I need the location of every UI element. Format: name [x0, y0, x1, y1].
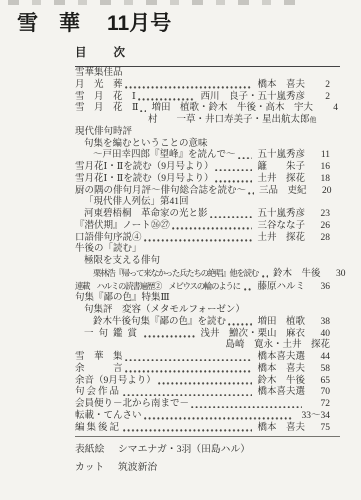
entry-title: 「現代俳人列伝」第41回	[84, 197, 189, 209]
entry-page-number: 72	[310, 399, 330, 411]
entry-author: 五十嵐秀彦	[257, 209, 305, 221]
toc-entry: 極限を支える俳句	[75, 256, 340, 268]
dot-leader	[158, 382, 253, 385]
dot-leader	[125, 359, 253, 362]
entry-author: 橋本喜夫選	[257, 387, 305, 399]
dot-leader	[244, 288, 253, 291]
entry-page-number: 75	[310, 423, 330, 435]
toc-entry: 厨の隅の俳句月評～俳句総合誌を読む～三品 吏紀20	[75, 186, 340, 198]
cover-art-value: シマエナガ・3羽（田島ハル）	[118, 444, 250, 456]
dot-leader	[123, 394, 252, 397]
entry-author: 五十嵐秀彦	[257, 150, 305, 162]
entry-author: 増田 植歌・鈴木 牛後・高木 宇大	[151, 103, 313, 115]
toc-section: 句集『鄙の色』特集Ⅲ	[75, 293, 340, 305]
dot-leader	[248, 192, 254, 195]
entry-title: 牛後の「読む」	[75, 244, 142, 256]
entry-page-number: 16	[310, 162, 330, 174]
toc-entry: 句会作品橋本喜夫選70	[75, 387, 340, 399]
toc-entry: 口語俳句序説④土井 探花28	[75, 233, 340, 245]
toc-entry: 雪月花Ⅰ・Ⅱを読む（9月号より）籬 朱子16	[75, 162, 340, 174]
entry-title: 雪華集佳品	[75, 68, 123, 80]
issue-label: 11月号	[107, 12, 171, 35]
toc-continuation: 村 一草・井口寿美子・星出航太郎他	[148, 115, 340, 127]
toc-entry: 鈴木牛後句集『鄙の色』を読む増田 植歌38	[75, 317, 340, 329]
entry-page-number: 4	[318, 103, 338, 115]
toc-entry: 雪 月 花 Ⅱ増田 植歌・鈴木 牛後・高木 宇大4	[75, 103, 340, 115]
dot-leader	[144, 239, 253, 242]
entry-title: 句集評 変容（メタモルフォーゼン）	[84, 305, 245, 317]
dot-leader	[210, 216, 253, 219]
entry-author: 橋本 喜夫	[257, 80, 305, 92]
entry-title: 島崎 寛永・土井 探花	[225, 340, 330, 352]
entry-title: 厨の隅の俳句月評～俳句総合誌を読む～	[75, 186, 246, 198]
entry-page-number: 38	[310, 317, 330, 329]
colophon: 表紙絵 シマエナガ・3羽（田島ハル） カット 筑波新治	[75, 436, 340, 480]
entry-title: 『潜伏期』ノート㉖㉗	[75, 221, 170, 233]
entry-title: 句集を編むということの意味	[84, 139, 208, 151]
toc-entry: 栗林浩『帰って来なかった兵たちの絶唱』他を読む鈴木 牛後30	[75, 268, 340, 281]
toc-entry: 余 言橋本 喜夫58	[75, 364, 340, 376]
entry-title: 極限を支える俳句	[84, 256, 160, 268]
toc-entries: 雪華集佳品月 光 葬橋本 喜夫2雪 月 花 Ⅰ西川 良子・五十嵐秀彦2雪 月 花…	[75, 68, 340, 434]
entry-page-number: 28	[310, 233, 330, 245]
entry-title: 現代俳句時評	[75, 127, 132, 139]
toc-entry: 雪 華 集橋本喜夫選44	[75, 352, 340, 364]
entry-author: 三谷なな子	[257, 221, 305, 233]
toc-entry: 『潜伏期』ノート㉖㉗三谷なな子26	[75, 221, 340, 233]
entry-title: 鈴木牛後句集『鄙の色』を読む	[93, 317, 226, 329]
entry-author: 鈴木 牛後	[273, 269, 321, 281]
entry-page-number: 30	[326, 269, 346, 281]
toc-entry: 雪月花Ⅰ・Ⅱを読む（9月号より）土井 探花18	[75, 174, 340, 186]
toc-entry: ～戸田幸四郎『望峰』を読んで～五十嵐秀彦11	[75, 150, 340, 162]
entry-title: 雪 華 集	[75, 352, 123, 364]
dot-leader	[140, 110, 146, 113]
toc-entry: 牛後の「読む」	[75, 244, 340, 256]
toc-entry: 一句鑑賞浅井 鱛次・栗山 麻衣40	[75, 329, 340, 341]
dot-leader	[262, 275, 268, 278]
toc-heading-right: 次	[114, 44, 126, 60]
entry-title: 雪 月 花 Ⅰ	[75, 92, 136, 104]
entry-page-number: 26	[310, 221, 330, 233]
entry-title: ～戸田幸四郎『望峰』を読んで～	[93, 150, 236, 162]
entry-page-number: 44	[310, 352, 330, 364]
entry-title: 句会作品	[75, 387, 121, 399]
entry-page-number: 11	[310, 150, 330, 162]
dot-leader	[215, 169, 252, 172]
dot-leader	[125, 86, 253, 89]
toc-entry: 転載・てんさい33～34	[75, 411, 340, 423]
cut-art-value: 筑波新治	[118, 462, 157, 474]
dot-leader	[228, 323, 252, 326]
entry-title: 転載・てんさい	[75, 411, 142, 423]
entry-author: 橋本 喜夫	[257, 364, 305, 376]
toc-heading: 目 次	[75, 44, 340, 67]
magazine-toc-page: 雪 華11月号 目 次 雪華集佳品月 光 葬橋本 喜夫2雪 月 花 Ⅰ西川 良子…	[0, 0, 361, 500]
entry-title: 余 言	[75, 364, 123, 376]
entry-author: 三品 吏紀	[259, 186, 307, 198]
page-title: 雪 華11月号	[17, 11, 171, 36]
entry-page-number: 23	[310, 209, 330, 221]
entry-author: 鈴木 牛後	[257, 376, 305, 388]
entry-page-number: 2	[310, 80, 330, 92]
entry-page-number: 70	[310, 387, 330, 399]
entry-title: 月 光 葬	[75, 80, 123, 92]
entry-title: 河東碧梧桐 革命家の光と影	[84, 209, 208, 221]
toc-section: 現代俳句時評	[75, 127, 340, 139]
dot-leader	[238, 157, 253, 160]
dot-leader	[123, 429, 252, 432]
entry-author: 籬 朱子	[257, 162, 305, 174]
dot-leader	[125, 370, 253, 373]
entry-title: 栗林浩『帰って来なかった兵たちの絶唱』他を読む	[93, 268, 260, 280]
dot-leader	[138, 98, 196, 101]
toc-entry: 句集評 変容（メタモルフォーゼン）	[75, 305, 340, 317]
entry-title: 句集『鄙の色』特集Ⅲ	[75, 293, 170, 305]
entry-page-number: 18	[310, 174, 330, 186]
toc-continuation: 島崎 寛永・土井 探花	[75, 340, 340, 352]
entry-page-number: 36	[310, 282, 330, 294]
toc-entry: 河東碧梧桐 革命家の光と影五十嵐秀彦23	[75, 209, 340, 221]
entry-author: 土井 探花	[257, 233, 305, 245]
toc-heading-left: 目	[75, 44, 87, 60]
toc-entry: 会員便り－北から南まで－72	[75, 399, 340, 411]
cover-art-label: 表紙絵	[75, 444, 118, 456]
entry-page-number: 58	[310, 364, 330, 376]
toc-entry: 「現代俳人列伝」第41回	[75, 197, 340, 209]
entry-author: 橋本 喜夫	[257, 423, 305, 435]
toc-entry: 余音（9月号より）鈴木 牛後65	[75, 376, 340, 388]
toc-entry: 月 光 葬橋本 喜夫2	[75, 80, 340, 92]
entry-page-number: 33～34	[301, 411, 330, 423]
dot-leader	[215, 180, 252, 183]
dot-leader	[172, 227, 253, 230]
dot-leader	[144, 417, 294, 420]
entry-author: 西川 良子・五十嵐秀彦	[200, 92, 305, 104]
entry-author: 橋本喜夫選	[257, 352, 305, 364]
entry-author: 土井 探花	[257, 174, 305, 186]
entry-author: 浅井 鱛次・栗山 麻衣	[200, 329, 305, 341]
toc-entry: 編集後記橋本 喜夫75	[75, 423, 340, 435]
entry-title: 雪月花Ⅰ・Ⅱを読む（9月号より）	[75, 174, 213, 186]
entry-page-number: 20	[312, 186, 332, 198]
cut-art-row: カット 筑波新治	[75, 462, 340, 474]
entry-title: 編集後記	[75, 423, 121, 435]
entry-title: 一句鑑賞	[84, 329, 142, 341]
entry-suffix: 他	[310, 115, 317, 127]
entry-author: 藤原ハルミ	[257, 282, 305, 294]
cut-art-label: カット	[75, 462, 118, 474]
cover-art-row: 表紙絵 シマエナガ・3羽（田島ハル）	[75, 444, 340, 456]
entry-title: 連載 ハルミの読書遍歴② メビウスの輪のように	[75, 281, 242, 293]
scan-edge-artifact	[8, 0, 308, 5]
entry-title: 村 一草・井口寿美子・星出航太郎	[148, 115, 310, 127]
entry-title: 会員便り－北から南まで－	[75, 399, 189, 411]
toc-section: 雪華集佳品	[75, 68, 340, 80]
magazine-title: 雪 華	[17, 12, 80, 35]
entry-page-number: 40	[310, 329, 330, 341]
dot-leader	[144, 335, 195, 338]
toc-entry: 句集を編むということの意味	[75, 139, 340, 151]
entry-author: 増田 植歌	[257, 317, 305, 329]
dot-leader	[191, 406, 302, 409]
entry-page-number: 2	[310, 92, 330, 104]
entry-title: 余音（9月号より）	[75, 376, 156, 388]
toc-entry: 雪 月 花 Ⅰ西川 良子・五十嵐秀彦2	[75, 92, 340, 104]
toc-entry: 連載 ハルミの読書遍歴② メビウスの輪のように藤原ハルミ36	[75, 281, 340, 294]
entry-title: 雪月花Ⅰ・Ⅱを読む（9月号より）	[75, 162, 213, 174]
entry-title: 雪 月 花 Ⅱ	[75, 103, 138, 115]
entry-title: 口語俳句序説④	[75, 233, 142, 245]
entry-page-number: 65	[310, 376, 330, 388]
